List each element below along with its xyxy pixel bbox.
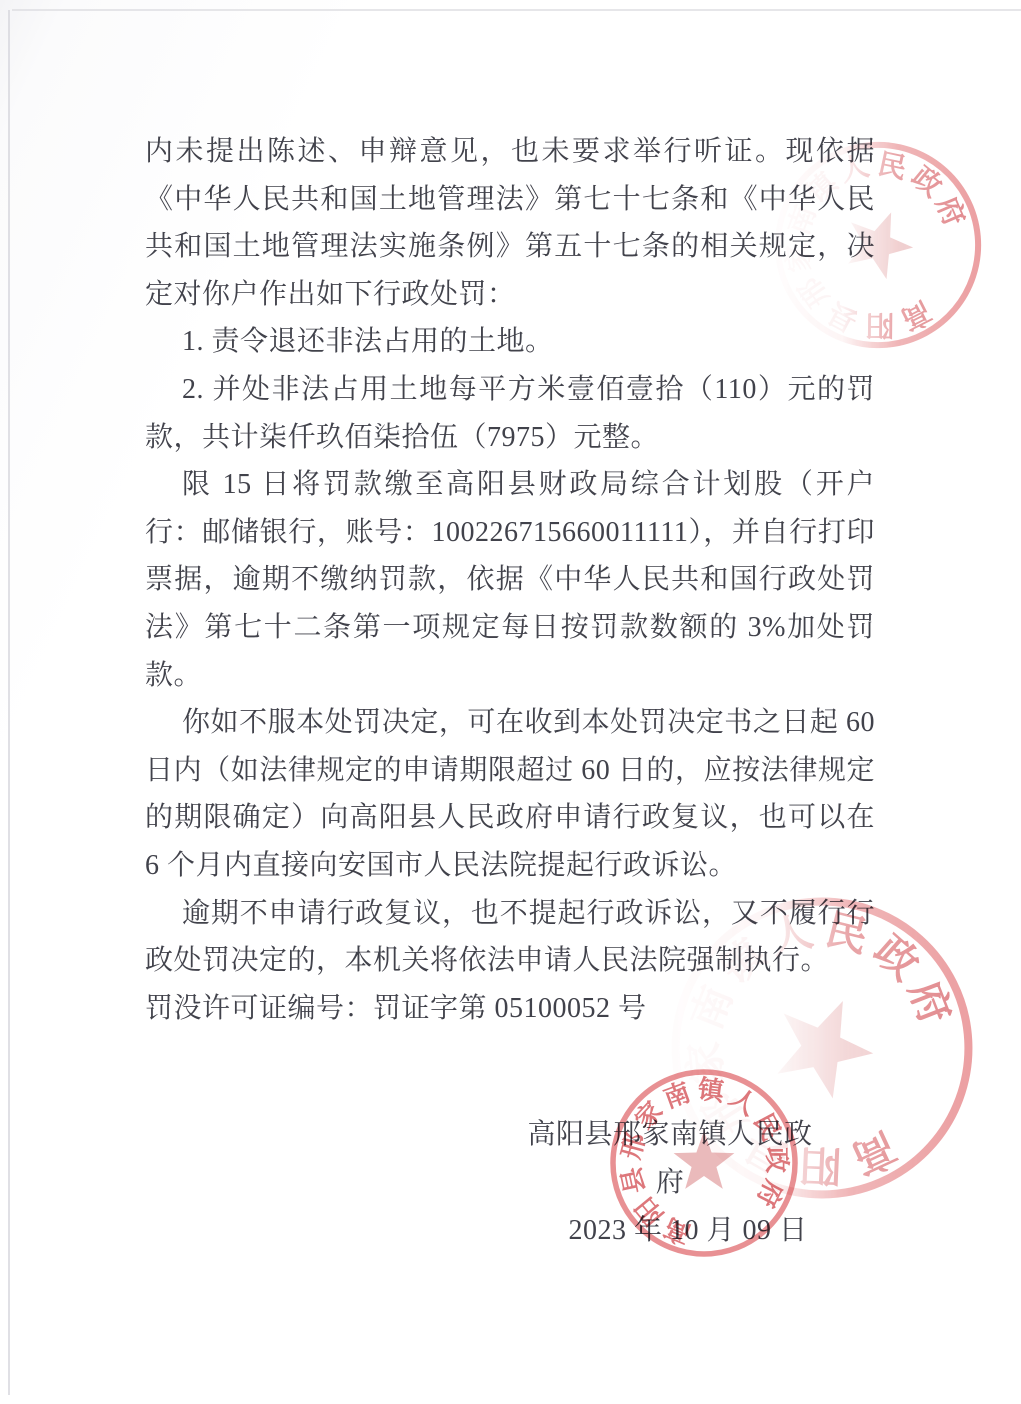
star-icon (830, 197, 922, 289)
appeal-rights: 你如不服本处罚决定，可在收到本处罚决定书之日起 60 日内（如法律规定的申请期限… (145, 699, 875, 889)
payment-instructions: 限 15 日将罚款缴至高阳县财政局综合计划股（开户行：邮储银行，账号：10022… (145, 461, 875, 699)
partial-seal-top-right: 高阳县邢家南镇人民政府 (757, 124, 999, 366)
penalty-item-2: 2. 并处非法占用土地每平方米壹佰壹拾（110）元的罚款，共计柒仟玖佰柒拾伍（7… (145, 366, 875, 461)
scan-edge-top (12, 9, 1021, 11)
partial-seal-middle-right: 高阳县邢家南镇人民政府 (645, 871, 999, 1225)
scan-edge-left (8, 10, 10, 1395)
scanned-document-page: 内未提出陈述、申辩意见，也未要求举行听证。现依据《中华人民共和国土地管理法》第七… (0, 0, 1021, 1404)
star-icon (751, 977, 886, 1112)
